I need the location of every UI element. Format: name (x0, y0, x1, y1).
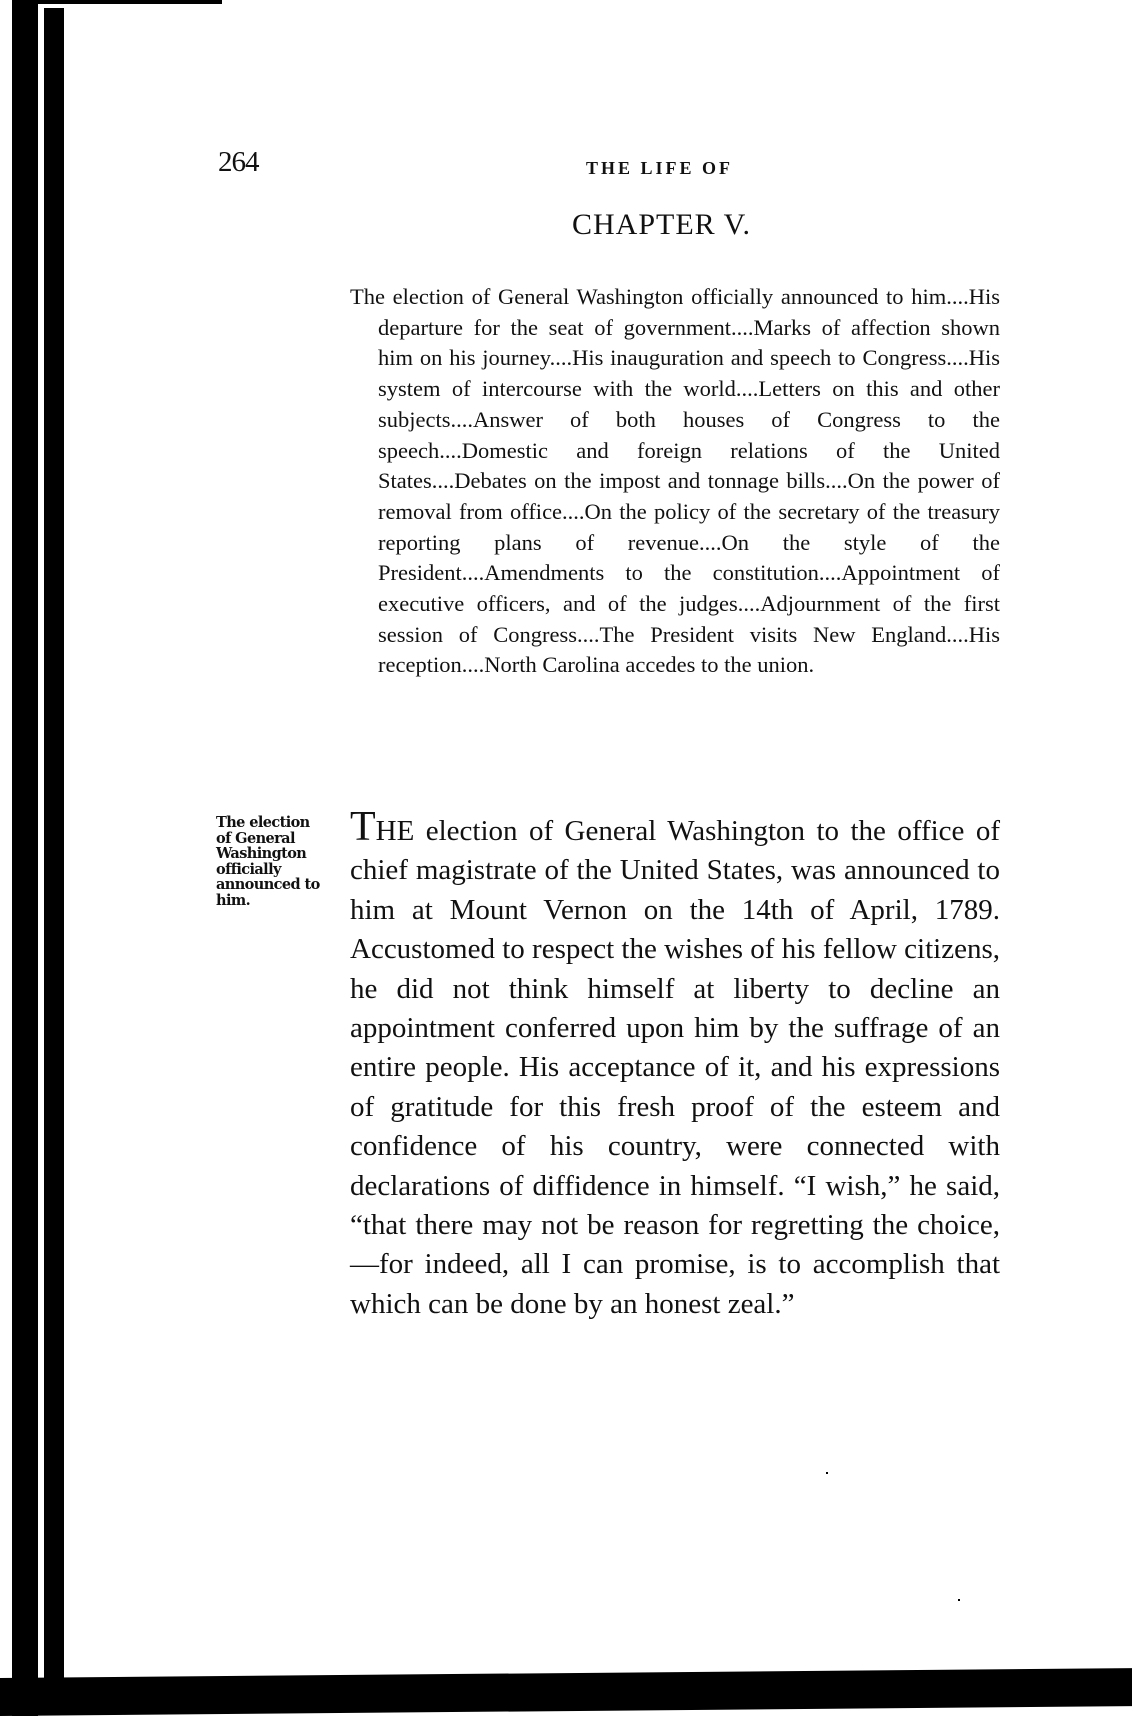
running-head: THE LIFE OF (586, 158, 733, 179)
drop-initial: T (350, 804, 376, 850)
binding-shadow (12, 0, 38, 1716)
first-word-smallcaps: HE (376, 815, 415, 847)
body-paragraph: THE election of General Washington to th… (350, 812, 1000, 1324)
margin-note: The election of General Washington offic… (216, 815, 322, 908)
binding-shadow (60, 10, 62, 1690)
book-binding-edge (0, 0, 90, 1716)
page-number: 264 (218, 146, 259, 179)
page-top-edge (12, 0, 222, 4)
scan-speck (826, 1472, 828, 1474)
scan-speck (958, 1599, 960, 1601)
paragraph-text: election of General Washington to the of… (350, 815, 1000, 1320)
chapter-synopsis: The election of General Washington offic… (350, 282, 1000, 681)
chapter-title: CHAPTER V. (572, 208, 751, 242)
page-bottom-edge (0, 1668, 1132, 1716)
